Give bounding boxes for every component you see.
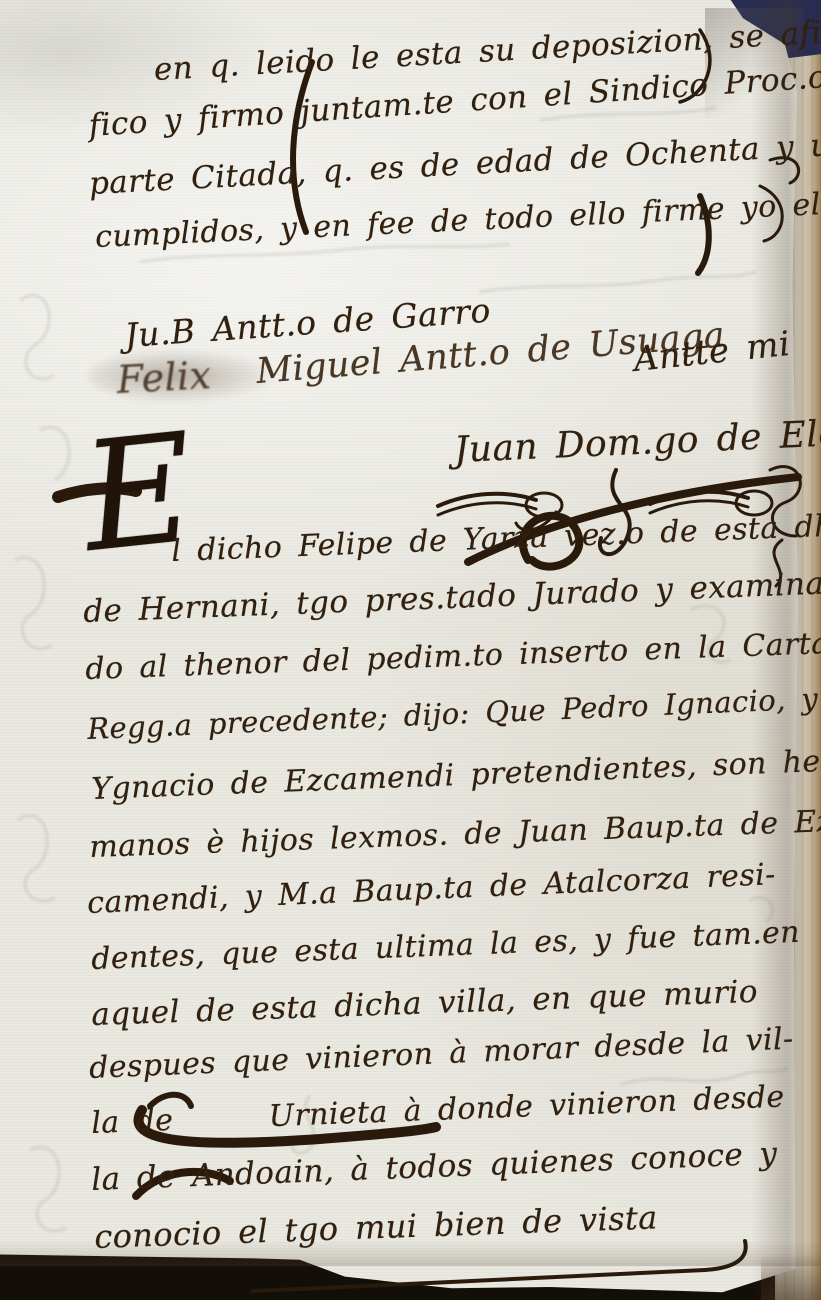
signature-felix: Felix <box>116 353 213 402</box>
binding-bottom-shadow <box>761 1254 821 1300</box>
manuscript-scan: en q. leido le esta su deposizion, se af… <box>0 0 821 1300</box>
